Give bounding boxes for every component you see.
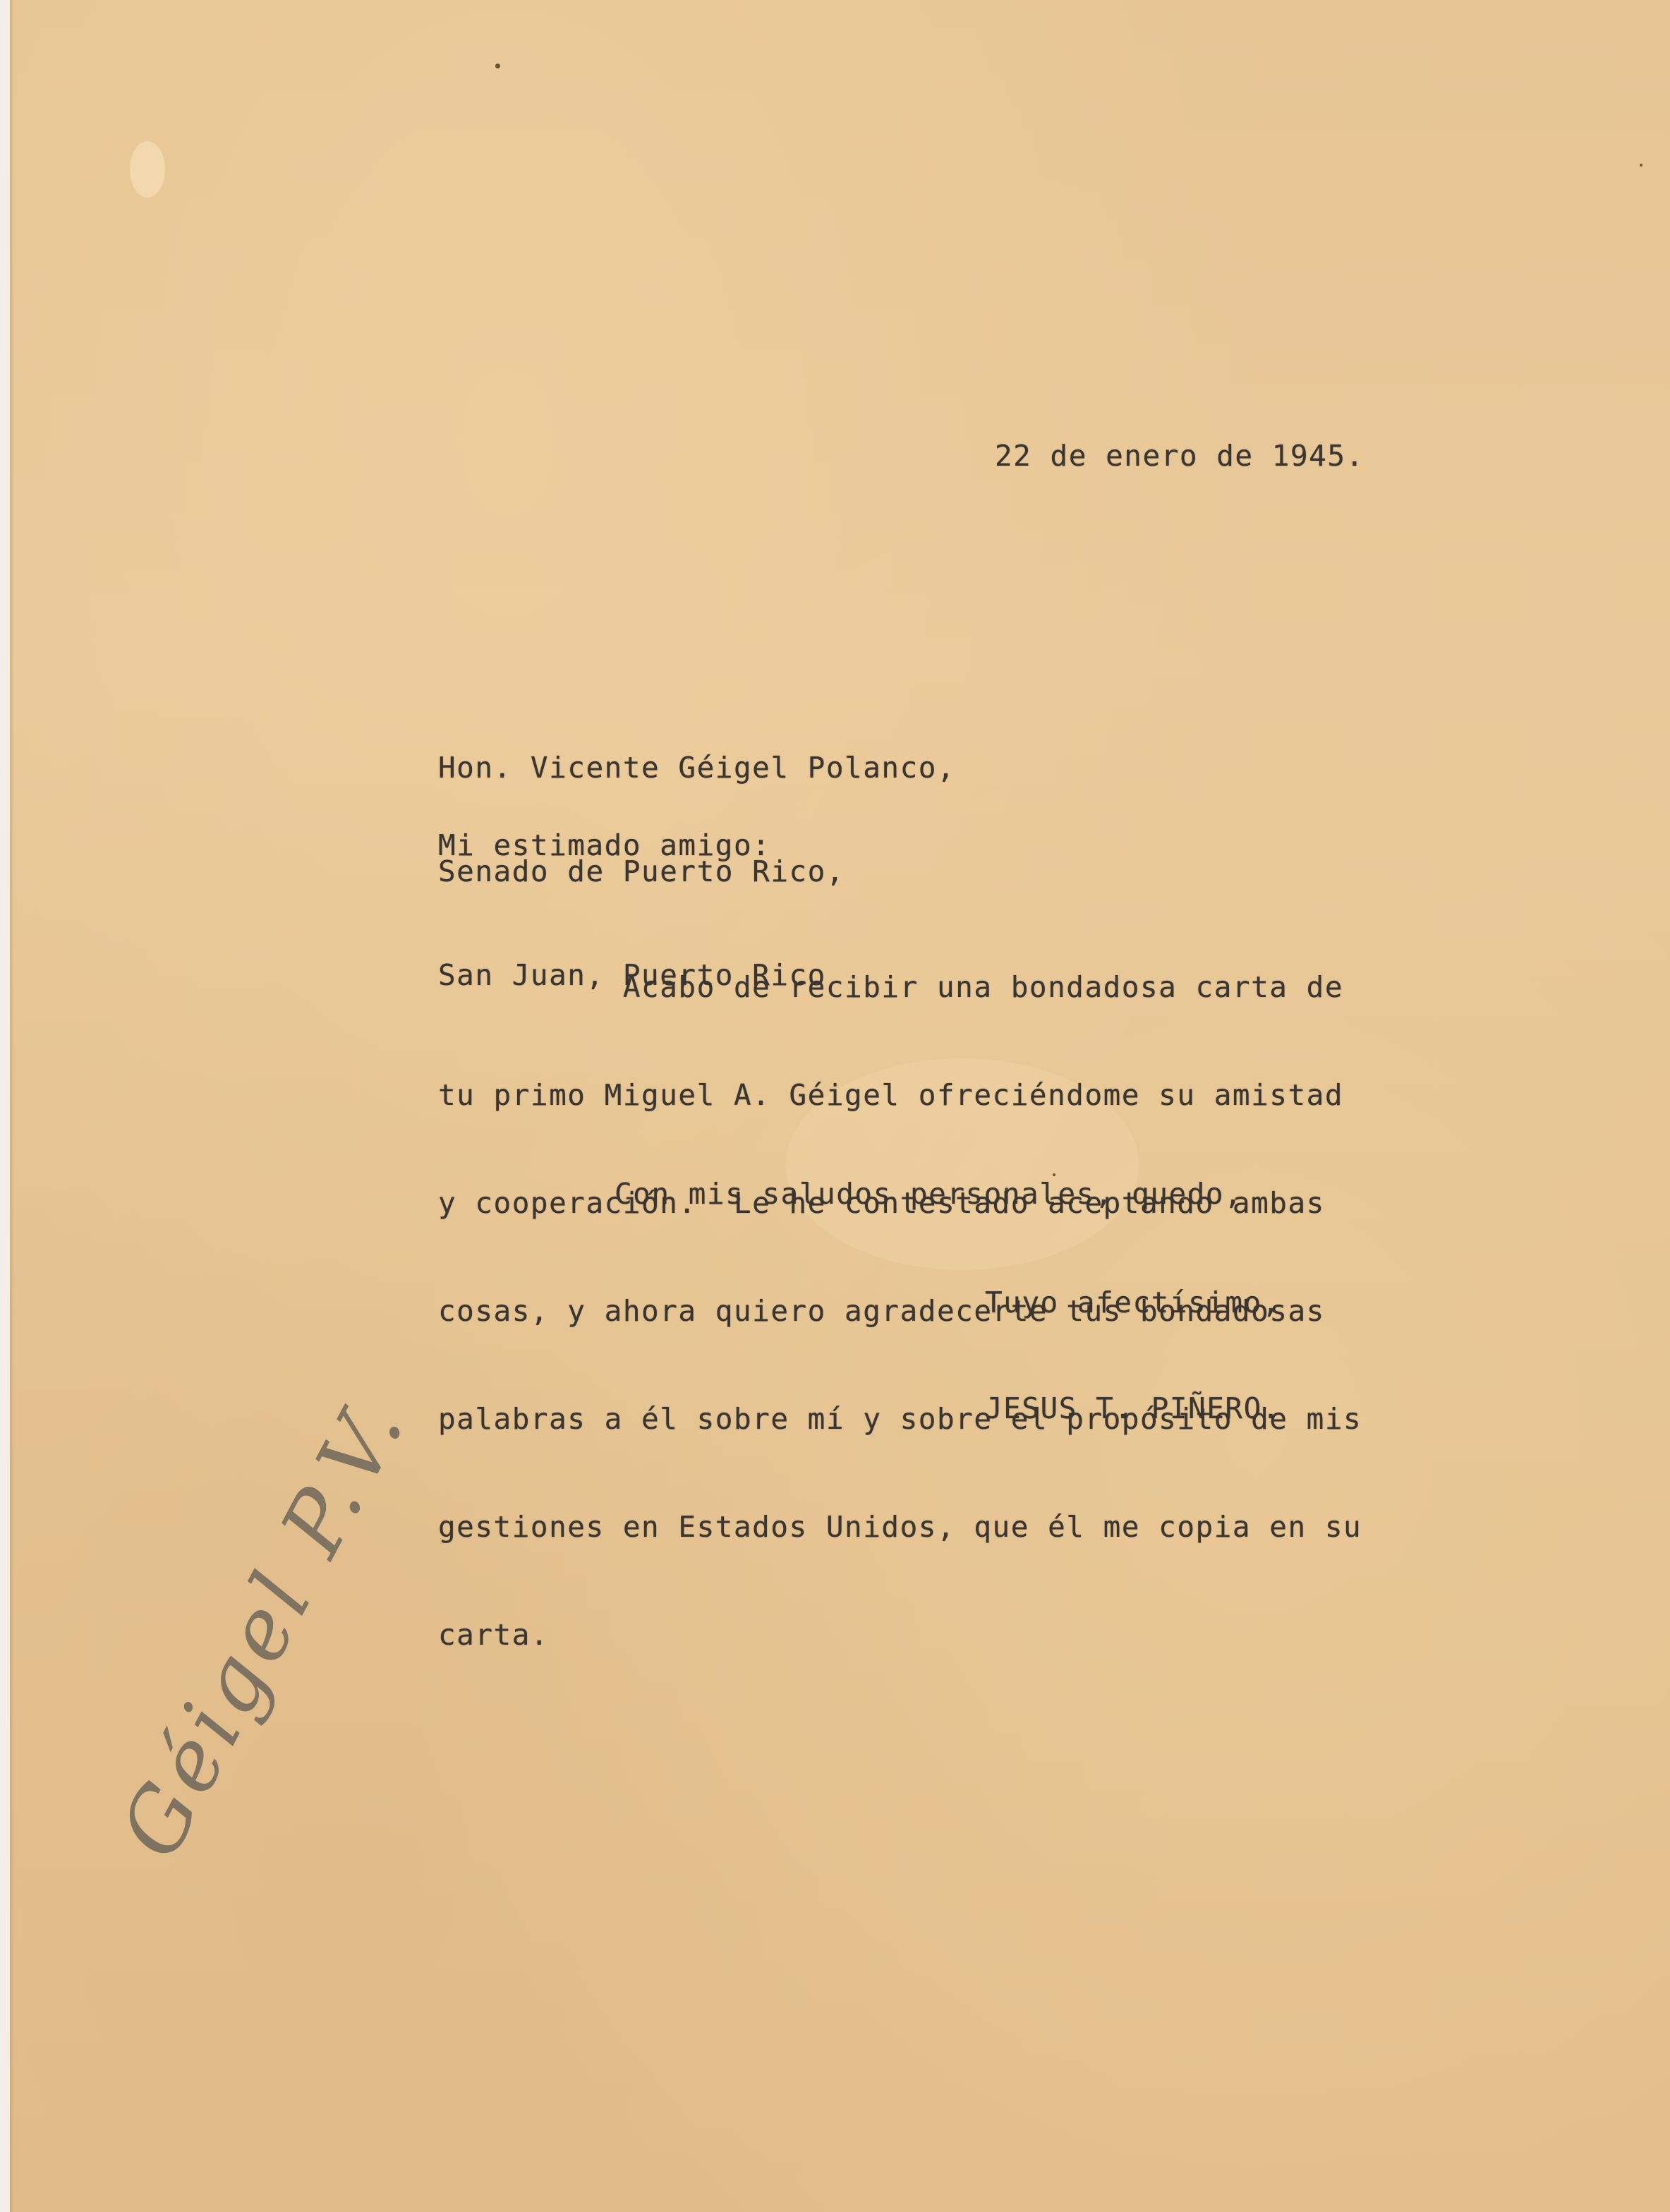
paper-speck [1640, 164, 1642, 167]
closing-line: Con mis saludos personales, quedo, [615, 1177, 1242, 1211]
body-line: carta. [438, 1617, 1362, 1653]
body-line: gestiones en Estados Unidos, que él me c… [438, 1509, 1362, 1545]
valediction: Tuyo afectísimo, [985, 1286, 1281, 1319]
paper-stain [130, 141, 165, 198]
signature-name: JESUS T. PIÑERO. [985, 1391, 1281, 1425]
body-line: tu primo Miguel A. Géigel ofreciéndome s… [438, 1077, 1362, 1113]
recipient-line: Hon. Vicente Géigel Polanco, [438, 751, 955, 785]
body-line: Acabo de recibir una bondadosa carta de [438, 969, 1362, 1005]
salutation: Mi estimado amigo: [438, 828, 770, 862]
page-edge-shadow [10, 0, 14, 2212]
letter-date: 22 de enero de 1945. [995, 439, 1365, 473]
handwritten-pencil-note: Géigel P.V. [102, 1382, 425, 1873]
paper-speck [495, 64, 500, 68]
letter-page: 22 de enero de 1945. Hon. Vicente Géigel… [10, 0, 1670, 2212]
